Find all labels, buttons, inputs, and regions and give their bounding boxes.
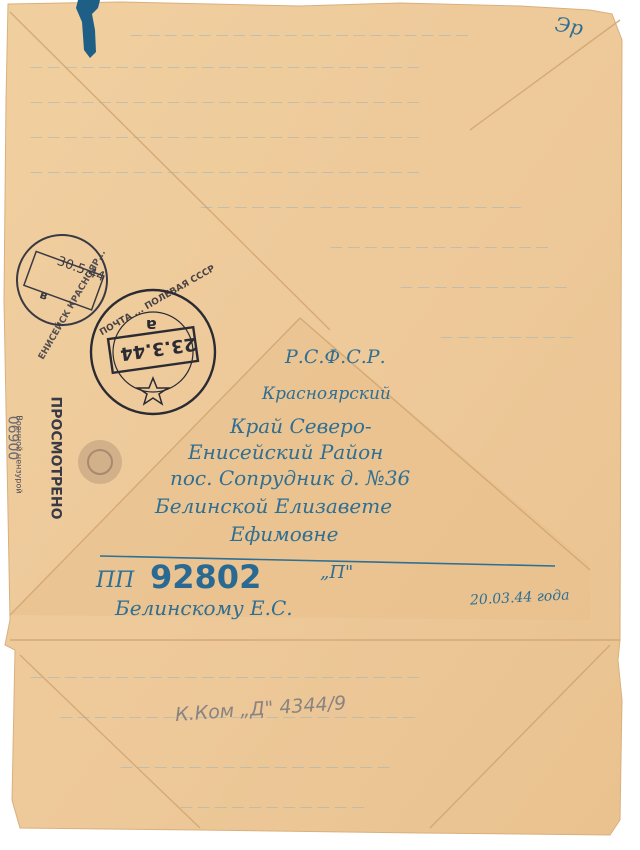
stamp-smudge bbox=[78, 440, 122, 484]
address-line-7: Ефимовне bbox=[230, 522, 338, 546]
address-line-6: Белинской Елизавете bbox=[155, 494, 392, 518]
censor-stamp-title: ПРОСМОТРЕНО bbox=[47, 397, 63, 520]
address-line-1: Р.С.Ф.С.Р. bbox=[285, 346, 386, 368]
censor-stamp-number: 06900 bbox=[4, 416, 20, 461]
corner-note: Эр bbox=[553, 12, 585, 41]
address-line-3: Край Северо- bbox=[230, 414, 372, 438]
field-post-prefix: ПП bbox=[96, 568, 134, 593]
field-post-suffix: „П" bbox=[320, 562, 353, 583]
address-line-5: пос. Сопрудник д. №36 bbox=[170, 466, 410, 490]
sender-name: Белинскому Е.С. bbox=[115, 596, 293, 620]
address-line-4: Енисейский Район bbox=[188, 440, 383, 464]
address-line-2: Красноярский bbox=[262, 384, 391, 404]
field-post-number: 92802 bbox=[150, 558, 261, 596]
departure-postmark-letter: а bbox=[146, 316, 157, 335]
